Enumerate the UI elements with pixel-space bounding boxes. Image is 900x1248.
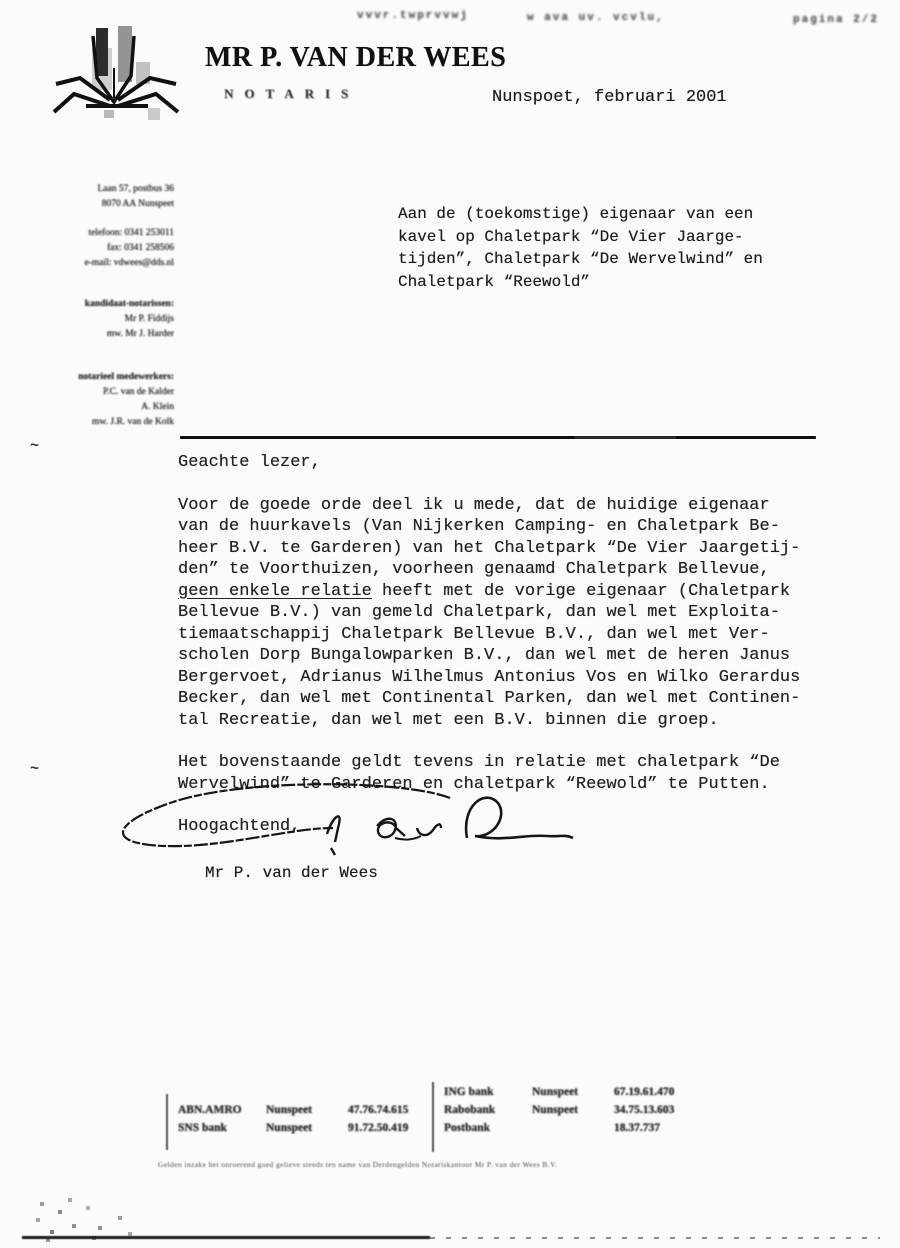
recipient-line: tijden”, Chaletpark “De Wervelwind” en: [398, 248, 763, 271]
bank-row: Rabobank Nunspeet 34.75.13.603: [444, 1104, 724, 1122]
medewerker-name: P.C. van de Kalder: [26, 385, 174, 400]
salutation-line: Geachte lezer,: [178, 452, 800, 474]
bank-place: Nunspeet: [266, 1122, 348, 1140]
bank-row: ABN.AMRO Nunspeet 47.76.74.615: [178, 1104, 458, 1122]
body-line: Voor de goede orde deel ik u mede, dat d…: [178, 495, 800, 517]
scan-line: [22, 1236, 430, 1239]
fax-header-fragment-right: pagina 2/2: [793, 14, 879, 26]
address-line: 8070 AA Nunspeet: [26, 197, 174, 212]
bank-account: 91.72.50.419: [348, 1122, 458, 1140]
bank-name: Postbank: [444, 1122, 532, 1140]
recipient-line: Aan de (toekomstige) eigenaar van een: [398, 203, 763, 226]
letterhead-name: MR P. VAN DER WEES: [205, 42, 506, 74]
email-line: e-mail: vdwees@dds.nl: [26, 256, 174, 271]
body-line-underlined: geen enkele relatie heeft met de vorige …: [178, 581, 800, 603]
body-line: heer B.V. te Garderen) van het Chaletpar…: [178, 538, 800, 560]
body-line: Bellevue B.V.) van gemeld Chaletpark, da…: [178, 602, 800, 624]
footer-divider: [432, 1082, 434, 1152]
body-line: van de huurkavels (Van Nijkerken Camping…: [178, 516, 800, 538]
notarieel-medewerkers: notarieel medewerkers: P.C. van de Kalde…: [26, 370, 174, 430]
bank-place: Nunspeet: [532, 1086, 614, 1104]
bank-row: SNS bank Nunspeet 91.72.50.419: [178, 1122, 458, 1140]
body-line: Becker, dan wel met Continental Parken, …: [178, 688, 800, 710]
kandidaat-name: mw. Mr J. Harder: [26, 327, 174, 342]
kandidaat-notarissen: kandidaat-notarissen: Mr P. Fiddijs mw. …: [26, 297, 174, 342]
signature-scribble: [95, 776, 575, 876]
body-line: den” te Voorthuizen, voorheen genaamd Ch…: [178, 559, 800, 581]
kandidaat-name: Mr P. Fiddijs: [26, 312, 174, 327]
bank-place: Nunspeet: [266, 1104, 348, 1122]
bank-account: 18.37.737: [614, 1122, 724, 1140]
scan-line: [430, 1237, 880, 1239]
kandidaat-heading: kandidaat-notarissen:: [26, 297, 174, 312]
office-details: Laan 57, postbus 36 8070 AA Nunspeet tel…: [26, 182, 174, 444]
recipient-line: Chaletpark “Reewold”: [398, 271, 763, 294]
recipient-block: Aan de (toekomstige) eigenaar van een ka…: [398, 203, 763, 293]
body-line-rest: heeft met de vorige eigenaar (Chaletpark: [372, 582, 790, 601]
underlined-phrase: geen enkele relatie: [178, 582, 372, 601]
recipient-line: kavel op Chaletpark “De Vier Jaarge-: [398, 226, 763, 249]
paragraph-1: Voor de goede orde deel ik u mede, dat d…: [178, 495, 800, 732]
body-line: tal Recreatie, dan wel met een B.V. binn…: [178, 710, 800, 732]
scan-noise: [28, 1196, 32, 1200]
bank-details-left: ABN.AMRO Nunspeet 47.76.74.615 SNS bank …: [178, 1104, 458, 1140]
letterhead-title: NOTARIS: [224, 86, 359, 102]
medewerker-name: A. Klein: [26, 400, 174, 415]
margin-mark: ~: [30, 438, 39, 455]
body-line: Het bovenstaande geldt tevens in relatie…: [178, 752, 800, 774]
scanned-letter-page: vvvr.twprvvwj w ava uv. vcvlu, pagina 2/…: [0, 0, 900, 1248]
salutation: Geachte lezer,: [178, 452, 800, 474]
fax-header-fragment-left: vvvr.twprvvwj: [357, 10, 469, 22]
bank-place: Nunspeet: [532, 1104, 614, 1122]
footer-fine-print: Gelden inzake het onroerend goed gelieve…: [158, 1160, 557, 1169]
bank-account: 67.19.61.470: [614, 1086, 724, 1104]
bank-account: 34.75.13.603: [614, 1104, 724, 1122]
quill-logo-icon: [52, 22, 184, 129]
body-line: tiemaatschappij Chaletpark Bellevue B.V.…: [178, 624, 800, 646]
bank-name: ING bank: [444, 1086, 532, 1104]
bank-details-right: ING bank Nunspeet 67.19.61.470 Rabobank …: [444, 1086, 724, 1140]
phone-line: telefoon: 0341 253011: [26, 226, 174, 241]
address-line: Laan 57, postbus 36: [26, 182, 174, 197]
margin-mark: ~: [30, 761, 39, 778]
fax-line: fax: 0341 258506: [26, 241, 174, 256]
bank-name: ABN.AMRO: [178, 1104, 266, 1122]
bank-account: 47.76.74.615: [348, 1104, 458, 1122]
medewerkers-heading: notarieel medewerkers:: [26, 370, 174, 385]
bank-name: SNS bank: [178, 1122, 266, 1140]
bank-row: Postbank 18.37.737: [444, 1122, 724, 1140]
signer-name: Mr P. van der Wees: [205, 864, 378, 882]
medewerker-name: mw. J.R. van de Kolk: [26, 415, 174, 430]
body-line: Bergervoet, Adrianus Wilhelmus Antonius …: [178, 667, 800, 689]
dateline: Nunspoet, februari 2001: [492, 88, 727, 107]
bank-place: [532, 1122, 614, 1140]
fax-header-fragment-center: w ava uv. vcvlu,: [527, 12, 665, 24]
bank-row: ING bank Nunspeet 67.19.61.470: [444, 1086, 724, 1104]
body-line: scholen Dorp Bungalowparken B.V., dan we…: [178, 645, 800, 667]
office-address: Laan 57, postbus 36 8070 AA Nunspeet: [26, 182, 174, 212]
bank-name: Rabobank: [444, 1104, 532, 1122]
footer-left-edge: [166, 1094, 168, 1150]
office-contact: telefoon: 0341 253011 fax: 0341 258506 e…: [26, 226, 174, 271]
header-rule: [180, 436, 816, 439]
